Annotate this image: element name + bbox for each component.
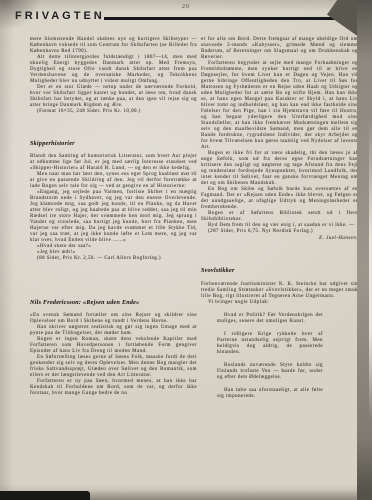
right-column: er for alle om Bord. Dette fremgaar af m… [201, 37, 358, 400]
quote-block: I tidligere Krige rykkede hver af Parter… [217, 332, 323, 356]
paragraph: «En svensk Sømand fortæller om sine Rejs… [30, 313, 197, 325]
paragraph: Forfatteren begynder at sejle med mange … [201, 61, 358, 151]
book-format-price: (Format 16×35, 248 Sider. Pris Kr. 10,00… [30, 109, 197, 115]
paragraph: «Engang, jeg sejlede paa Varmen, forlist… [30, 190, 197, 244]
paragraph: mere blomstrende Handel skabtes nye og h… [30, 37, 197, 55]
reviewer-signature: E. Juel-Hansen. [201, 236, 358, 242]
quote-block: Han talte saa uforstaaeligt, at alle føl… [217, 388, 323, 400]
paragraph: Forhenværende Justitsminister K. K. Stei… [201, 282, 358, 300]
scan-black-bar-bottom-left [0, 491, 90, 500]
section-heading-svovlstikker: Svovlstikker [201, 268, 358, 275]
paragraph: En Søfortælling læses gerne af Søens Fol… [30, 355, 197, 379]
masthead-rule [104, 17, 356, 20]
paragraph: Forfatteren er ny paa Søen, hvormed mene… [30, 379, 197, 397]
quote-block: Ruslands nuværende Styre kaldte sig Finl… [217, 363, 323, 381]
section-heading-skipperhistorier: Skipperhistorier [30, 141, 197, 148]
left-column: mere blomstrende Handel skabtes nye og h… [30, 37, 197, 397]
paragraph: Men naar man har læst den, synes ens ege… [30, 172, 197, 190]
quote-block: Hvad er Politik? Før Verdenskrigen det m… [217, 313, 323, 325]
paragraph: er for alle om Bord. Dette fremgaar af m… [201, 37, 358, 61]
paragraph: En Bog om Skibe og Søfolk burde kun over… [201, 187, 358, 211]
paragraph: Det er en stor Glæde — netop under de næ… [30, 85, 197, 109]
paragraph: Alt dette tilintetgjordes fuldstændigt i… [30, 55, 197, 85]
paragraph: Han skriver nøgternt realistisk og gør s… [30, 325, 197, 337]
paragraph: Bogen er af Søfartens Bibliotek sendt ud… [201, 211, 358, 223]
section-heading-rejsen-uden-ende: Nils Fredericsson: «Rejsen uden Ende» [30, 300, 197, 307]
scanned-magazine-page: { "page": { "number": "20", "masthead": … [0, 0, 372, 500]
paragraph: Blandt den Samling af humoristisk Litter… [30, 154, 197, 172]
book-format-price: (88 Sider, Pris Kr. 2,50. — Carl Allers … [30, 256, 197, 262]
book-format-price: (287 Sider, Pris 6,75. Nyt Nordisk Forla… [201, 229, 358, 235]
paragraph: Bogen er ikke fri for at være skadelig, … [201, 151, 358, 187]
paragraph: Vi bringer nogle Udpluk: [201, 300, 358, 306]
paragraph: Bogen er ingen Roman, skønt dens vekslen… [30, 337, 197, 355]
